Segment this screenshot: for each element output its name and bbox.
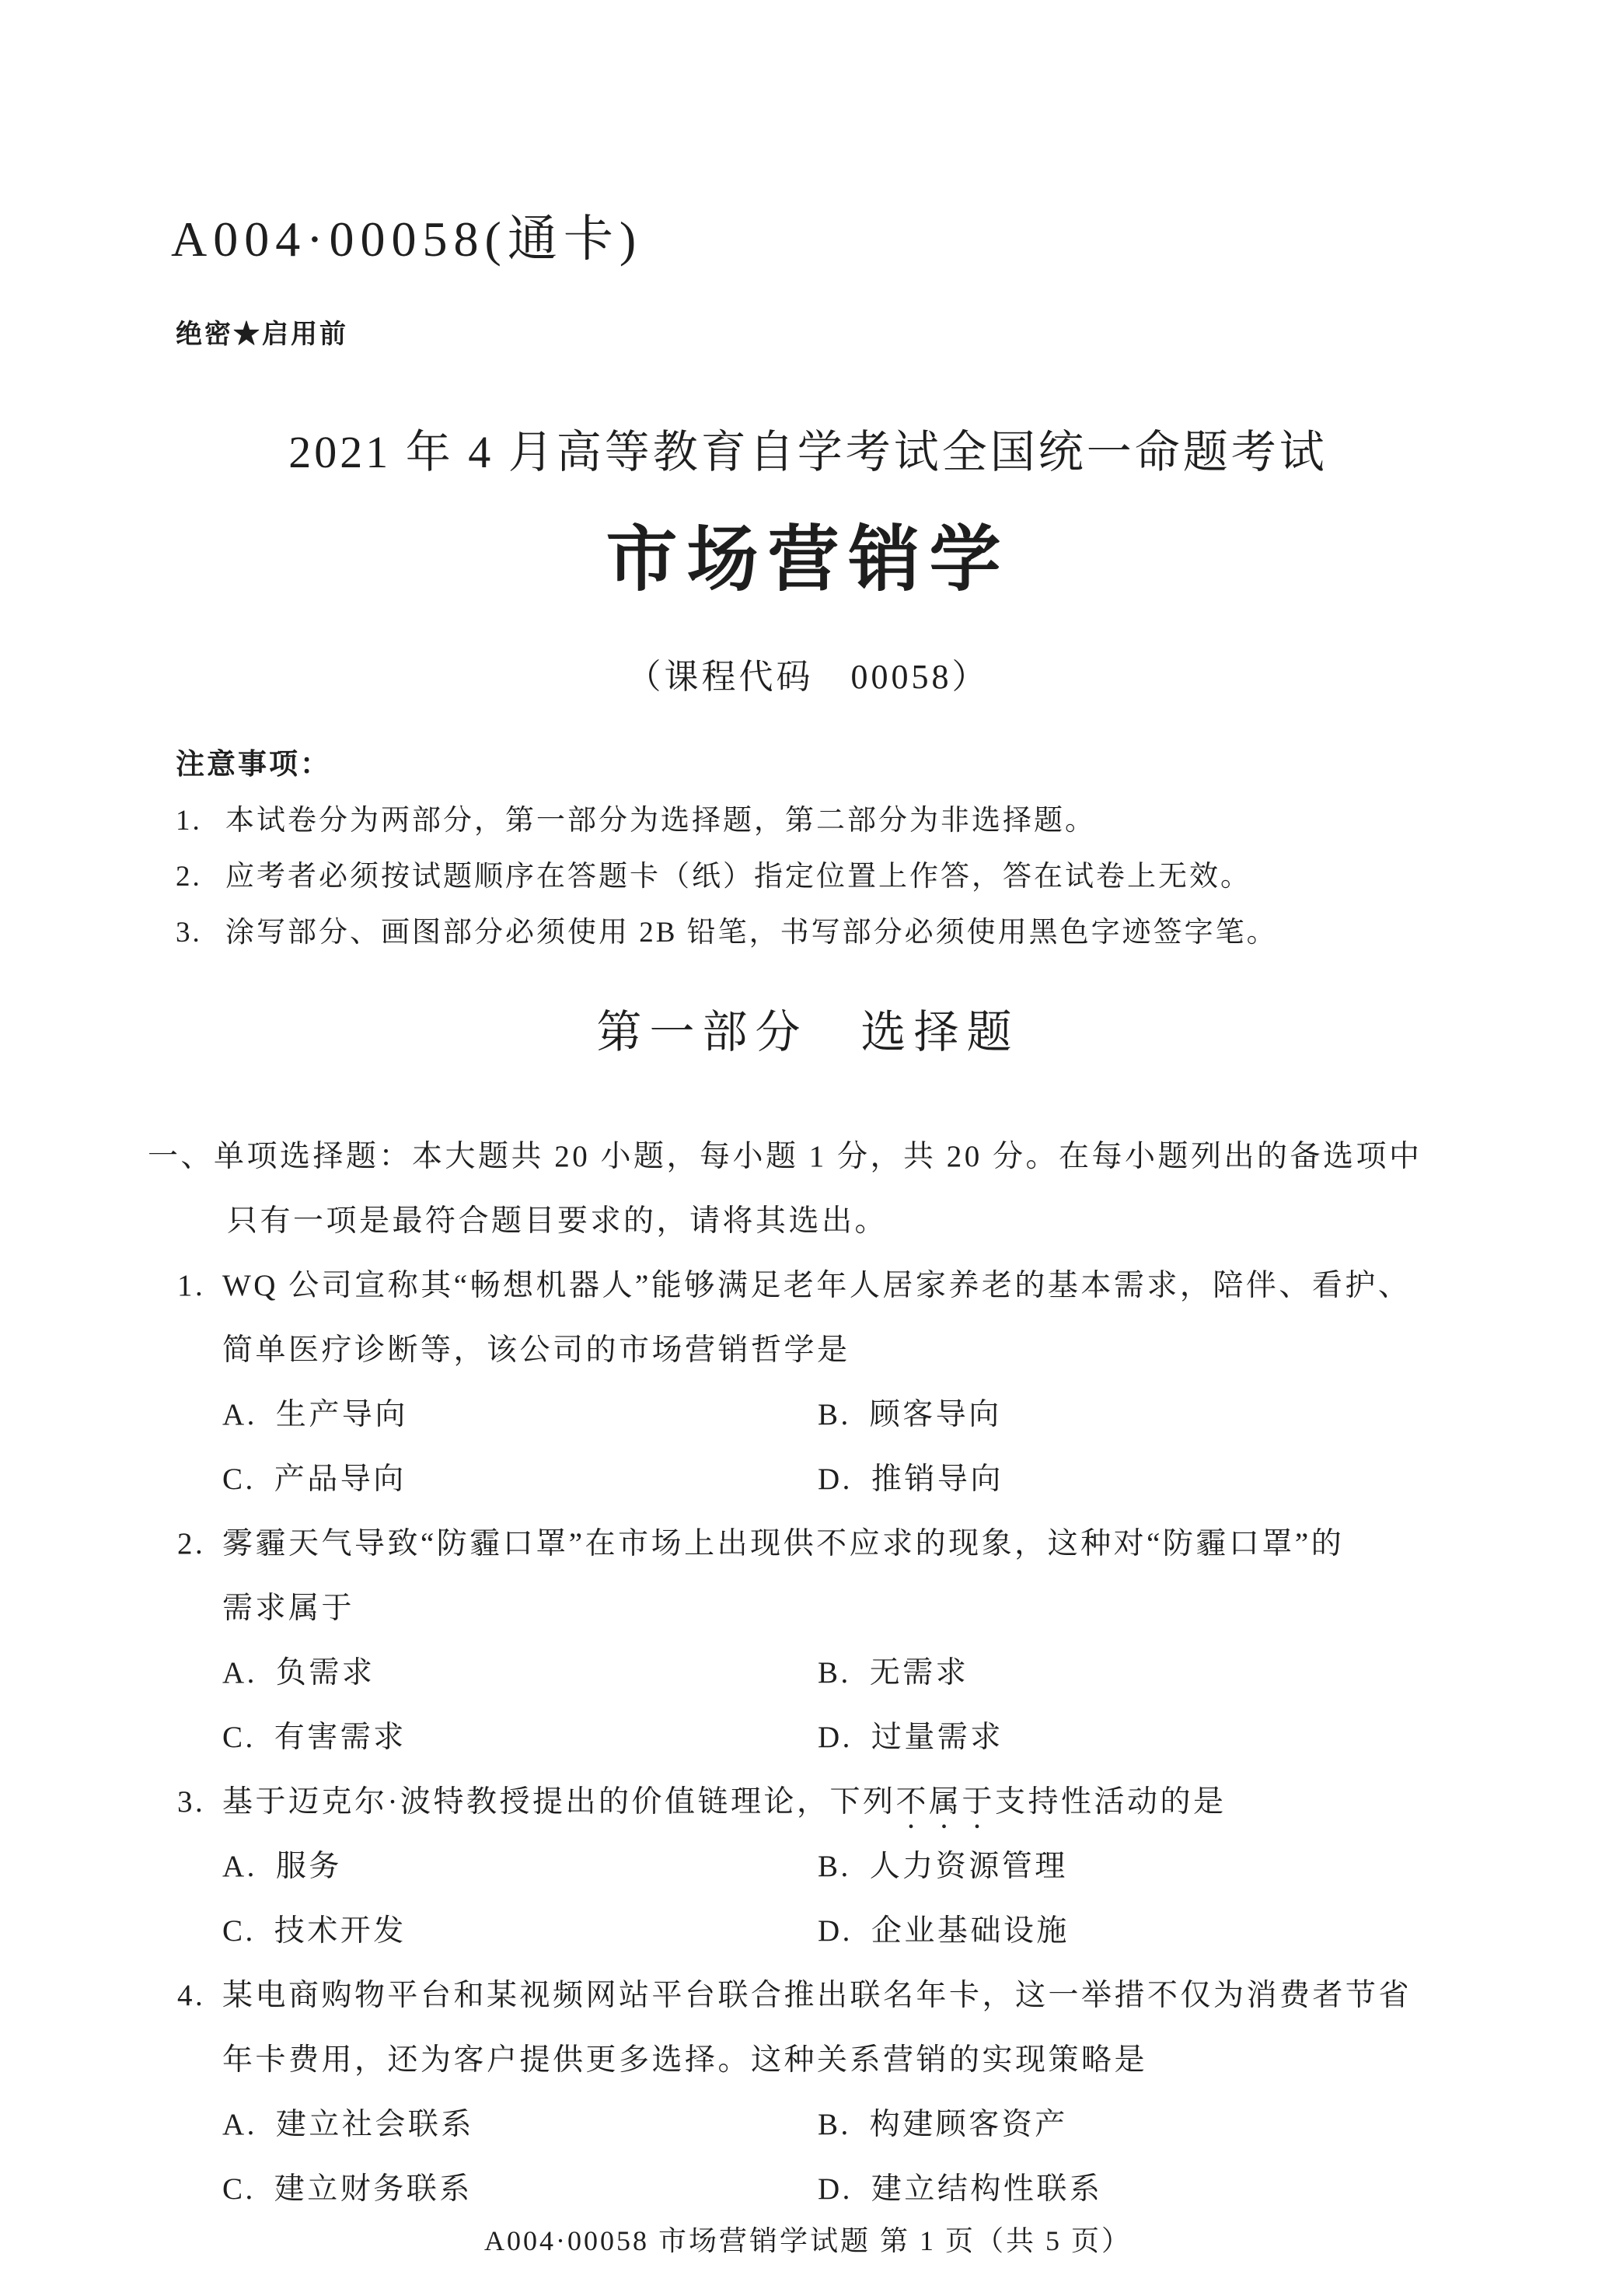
question-1-option-b: B.顾客导向 — [818, 1382, 1413, 1447]
option-d-text: 过量需求 — [871, 1705, 1003, 1770]
option-b-label: B. — [818, 1641, 851, 1705]
exam-title-line: 2021 年 4 月高等教育自学考试全国统一命题考试 — [0, 415, 1616, 481]
question-2-line-2: 需求属于 — [0, 1576, 1616, 1641]
exam-paper-page: A004·00058(通卡) 绝密★启用前 2021 年 4 月高等教育自学考试… — [0, 0, 1616, 2296]
question-2-option-a: A.负需求 — [222, 1641, 818, 1705]
question-1-option-a: A.生产导向 — [222, 1382, 818, 1447]
question-4-options-row-1: A.建立社会联系 B.构建顾客资产 — [0, 2092, 1616, 2157]
question-3-line-1: 3.基于迈克尔·波特教授提出的价值链理论，下列不属于支持性活动的是 — [0, 1770, 1616, 1834]
notice-item-3: 3.涂写部分、画图部分必须使用 2B 铅笔，书写部分必须使用黑色字迹签字笔。 — [176, 905, 1278, 961]
option-a-label: A. — [222, 1834, 257, 1899]
option-c-text: 建立财务联系 — [274, 2157, 473, 2221]
option-c-text: 技术开发 — [274, 1899, 407, 1963]
option-a-text: 建立社会联系 — [276, 2092, 474, 2157]
option-b-text: 构建顾客资产 — [870, 2092, 1068, 2157]
question-3-number: 3. — [177, 1770, 205, 1834]
question-3-option-a: A.服务 — [222, 1834, 818, 1899]
question-3-text-post: 支持性活动的是 — [995, 1785, 1227, 1819]
notice-3-number: 3. — [176, 905, 225, 961]
section1-label: 一、 — [148, 1140, 214, 1173]
option-d-label: D. — [818, 1447, 853, 1511]
option-a-text: 服务 — [276, 1834, 342, 1899]
option-c-text: 产品导向 — [274, 1447, 407, 1511]
option-c-label: C. — [222, 2157, 256, 2221]
option-d-label: D. — [818, 2157, 853, 2221]
question-2-options-row-2: C.有害需求 D.过量需求 — [0, 1705, 1616, 1770]
option-d-label: D. — [818, 1705, 853, 1770]
question-4-number: 4. — [177, 1963, 205, 2028]
option-c-label: C. — [222, 1447, 256, 1511]
question-4-option-d: D.建立结构性联系 — [818, 2157, 1413, 2221]
notice-2-number: 2. — [176, 849, 225, 905]
question-4-option-a: A.建立社会联系 — [222, 2092, 818, 2157]
question-3-option-b: B.人力资源管理 — [818, 1834, 1413, 1899]
notice-1-text: 本试卷分为两部分，第一部分为选择题，第二部分为非选择题。 — [225, 805, 1096, 837]
option-a-label: A. — [222, 2092, 257, 2157]
subject-title: 市场营销学 — [0, 502, 1616, 605]
question-4-option-b: B.构建顾客资产 — [818, 2092, 1413, 2157]
notice-item-2: 2.应考者必须按试题顺序在答题卡（纸）指定位置上作答，答在试卷上无效。 — [176, 849, 1278, 905]
part1-heading: 第一部分 选择题 — [0, 995, 1616, 1061]
question-4-text-1: 某电商购物平台和某视频网站平台联合推出联名年卡，这一举措不仅为消费者节省 — [222, 1979, 1412, 2012]
option-b-text: 无需求 — [870, 1641, 969, 1705]
option-a-text: 负需求 — [276, 1641, 375, 1705]
question-1-options-row-2: C.产品导向 D.推销导向 — [0, 1447, 1616, 1511]
option-a-text: 生产导向 — [276, 1382, 408, 1447]
section1-intro-line-1: 一、单项选择题：本大题共 20 小题，每小题 1 分，共 20 分。在每小题列出… — [0, 1124, 1616, 1189]
question-1-number: 1. — [177, 1253, 205, 1318]
question-1-option-c: C.产品导向 — [222, 1447, 818, 1511]
option-b-text: 顾客导向 — [870, 1382, 1002, 1447]
question-1-text-1: WQ 公司宣称其“畅想机器人”能够满足老年人居家养老的基本需求，陪伴、看护、 — [222, 1269, 1411, 1302]
questions-area: 一、单项选择题：本大题共 20 小题，每小题 1 分，共 20 分。在每小题列出… — [0, 1124, 1616, 2221]
question-4-line-1: 4.某电商购物平台和某视频网站平台联合推出联名年卡，这一举措不仅为消费者节省 — [0, 1963, 1616, 2028]
question-2-option-d: D.过量需求 — [818, 1705, 1413, 1770]
notices-heading: 注意事项： — [176, 737, 1278, 793]
question-1-line-2: 简单医疗诊断等，该公司的市场营销哲学是 — [0, 1318, 1616, 1382]
option-a-label: A. — [222, 1641, 257, 1705]
page-footer: A004·00058 市场营销学试题 第 1 页（共 5 页） — [0, 2219, 1616, 2259]
question-2-text-1: 雾霾天气导致“防霾口罩”在市场上出现供不应求的现象，这种对“防霾口罩”的 — [222, 1527, 1344, 1560]
question-1-line-1: 1.WQ 公司宣称其“畅想机器人”能够满足老年人居家养老的基本需求，陪伴、看护、 — [0, 1253, 1616, 1318]
question-4-options-row-2: C.建立财务联系 D.建立结构性联系 — [0, 2157, 1616, 2221]
option-d-text: 推销导向 — [871, 1447, 1003, 1511]
notice-1-number: 1. — [176, 793, 225, 849]
option-c-label: C. — [222, 1899, 256, 1963]
question-3-text-pre: 基于迈克尔·波特教授提出的价值链理论，下列 — [222, 1785, 896, 1819]
option-a-label: A. — [222, 1382, 257, 1447]
secrecy-label: 绝密★启用前 — [176, 313, 348, 351]
option-b-text: 人力资源管理 — [870, 1834, 1068, 1899]
notice-3-text: 涂写部分、画图部分必须使用 2B 铅笔，书写部分必须使用黑色字迹签字笔。 — [225, 917, 1278, 949]
notices-block: 注意事项： 1.本试卷分为两部分，第一部分为选择题，第二部分为非选择题。 2.应… — [176, 737, 1278, 961]
notice-2-text: 应考者必须按试题顺序在答题卡（纸）指定位置上作答，答在试卷上无效。 — [225, 861, 1251, 893]
question-2-option-c: C.有害需求 — [222, 1705, 818, 1770]
question-3-text-emphasized: 不属于 — [896, 1785, 996, 1819]
question-3-option-d: D.企业基础设施 — [818, 1899, 1413, 1963]
question-3-options-row-1: A.服务 B.人力资源管理 — [0, 1834, 1616, 1899]
question-2-line-1: 2.雾霾天气导致“防霾口罩”在市场上出现供不应求的现象，这种对“防霾口罩”的 — [0, 1511, 1616, 1576]
option-d-text: 企业基础设施 — [871, 1899, 1070, 1963]
section1-intro-text-1: 单项选择题：本大题共 20 小题，每小题 1 分，共 20 分。在每小题列出的备… — [214, 1140, 1422, 1173]
question-3-options-row-2: C.技术开发 D.企业基础设施 — [0, 1899, 1616, 1963]
question-3-option-c: C.技术开发 — [222, 1899, 818, 1963]
question-2-number: 2. — [177, 1511, 205, 1576]
question-4-line-2: 年卡费用，还为客户提供更多选择。这种关系营销的实现策略是 — [0, 2028, 1616, 2092]
question-1-options-row-1: A.生产导向 B.顾客导向 — [0, 1382, 1616, 1447]
option-b-label: B. — [818, 1834, 851, 1899]
section1-intro-line-2: 只有一项是最符合题目要求的，请将其选出。 — [0, 1189, 1616, 1253]
paper-code: A004·00058(通卡) — [171, 199, 642, 271]
course-code: （课程代码 00058） — [0, 648, 1616, 698]
option-b-label: B. — [818, 2092, 851, 2157]
question-2-option-b: B.无需求 — [818, 1641, 1413, 1705]
option-d-label: D. — [818, 1899, 853, 1963]
question-1-option-d: D.推销导向 — [818, 1447, 1413, 1511]
option-c-label: C. — [222, 1705, 256, 1770]
option-d-text: 建立结构性联系 — [871, 2157, 1103, 2221]
question-4-option-c: C.建立财务联系 — [222, 2157, 818, 2221]
option-b-label: B. — [818, 1382, 851, 1447]
option-c-text: 有害需求 — [274, 1705, 407, 1770]
notice-item-1: 1.本试卷分为两部分，第一部分为选择题，第二部分为非选择题。 — [176, 793, 1278, 849]
question-2-options-row-1: A.负需求 B.无需求 — [0, 1641, 1616, 1705]
